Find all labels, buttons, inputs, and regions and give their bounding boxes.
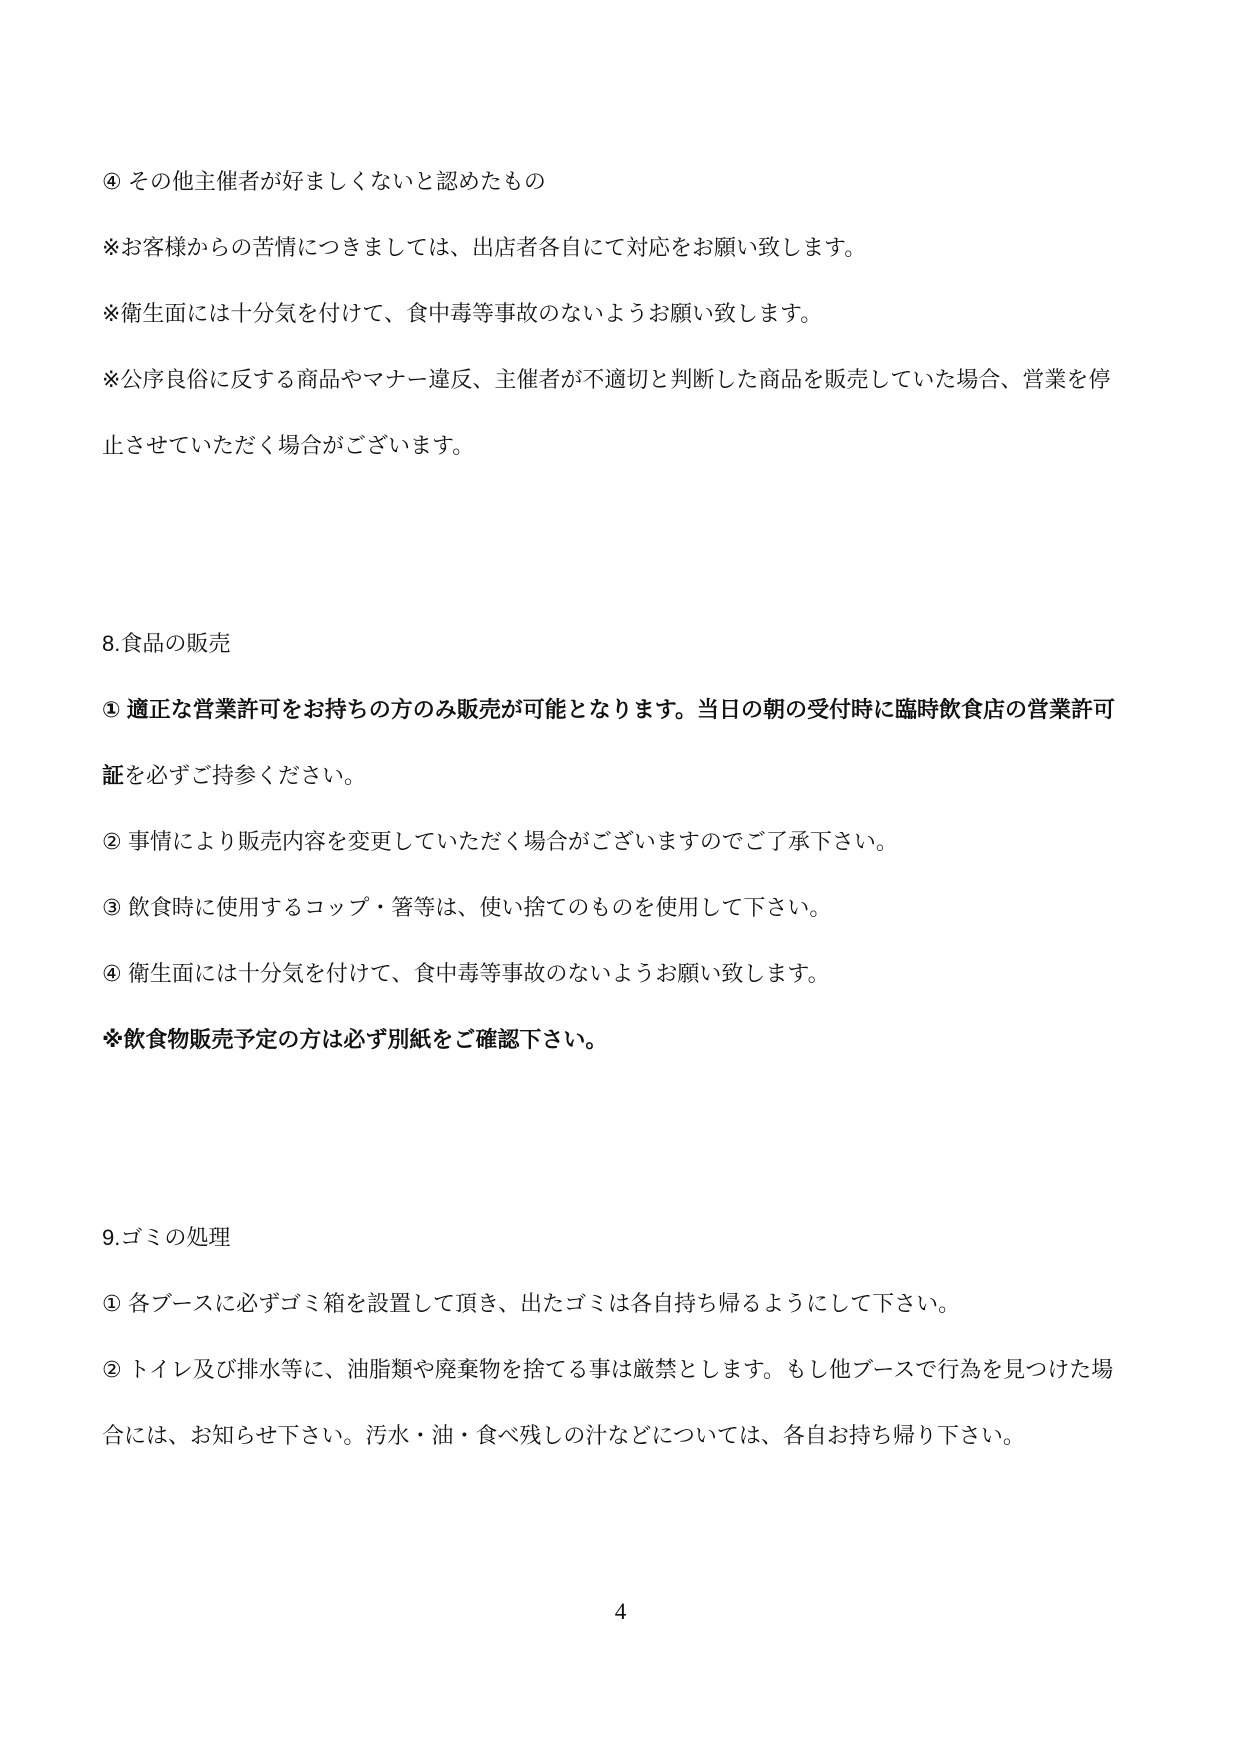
text-segment: ② 事情により販売内容を変更していただく場合がございますのでご了承下さい。 (102, 829, 898, 854)
text-segment: ② トイレ及び排水等に、油脂類や廃棄物を捨てる事は厳禁とします。もし他ブースで行… (102, 1357, 1113, 1382)
section-8-item-2: ② 事情により販売内容を変更していただく場合がございますのでご了承下さい。 (102, 809, 1142, 875)
section-8-item-1-line-1: ① 適正な営業許可をお持ちの方のみ販売が可能となります。当日の朝の受付時に臨時飲… (102, 677, 1142, 743)
note-customer-complaints: ※お客様からの苦情につきましては、出店者各自にて対応をお願い致します。 (102, 215, 1142, 281)
blank-line (102, 1139, 1142, 1205)
text-segment: ③ 飲食時に使用するコップ・箸等は、使い捨てのものを使用して下さい。 (102, 895, 831, 920)
section-9-item-2-line-1: ② トイレ及び排水等に、油脂類や廃棄物を捨てる事は厳禁とします。もし他ブースで行… (102, 1337, 1142, 1403)
blank-line (102, 479, 1142, 545)
text-segment: ① 各ブースに必ずゴミ箱を設置して頂き、出たゴミは各自持ち帰るようにして下さい。 (102, 1291, 960, 1316)
text-segment: を必ずご持参ください。 (124, 763, 366, 788)
text-segment: ※公序良俗に反する商品やマナー違反、主催者が不適切と判断した商品を販売していた場… (102, 367, 1110, 392)
item-4-other-disallowed: ④ その他主催者が好ましくないと認めたもの (102, 149, 1142, 215)
page-number: 4 (0, 1599, 1241, 1625)
text-segment: 9.ゴミの処理 (102, 1225, 230, 1250)
section-8-item-3: ③ 飲食時に使用するコップ・箸等は、使い捨てのものを使用して下さい。 (102, 875, 1142, 941)
section-8-note-attachment: ※飲食物販売予定の方は必ず別紙をご確認下さい。 (102, 1007, 1142, 1073)
text-segment: 止させていただく場合がございます。 (102, 433, 474, 458)
section-9-heading: 9.ゴミの処理 (102, 1205, 1142, 1271)
text-segment: ④ その他主催者が好ましくないと認めたもの (102, 169, 546, 194)
note-public-order-line-2: 止させていただく場合がございます。 (102, 413, 1142, 479)
document-page: ④ その他主催者が好ましくないと認めたもの※お客様からの苦情につきましては、出店… (0, 0, 1241, 1754)
text-segment: 8.食品の販売 (102, 631, 230, 656)
section-8-item-1-line-2: 証を必ずご持参ください。 (102, 743, 1142, 809)
text-segment: ※お客様からの苦情につきましては、出店者各自にて対応をお願い致します。 (102, 235, 866, 260)
text-segment: ④ 衛生面には十分気を付けて、食中毒等事故のないようお願い致します。 (102, 961, 830, 986)
text-segment: ※衛生面には十分気を付けて、食中毒等事故のないようお願い致します。 (102, 301, 822, 326)
note-hygiene: ※衛生面には十分気を付けて、食中毒等事故のないようお願い致します。 (102, 281, 1142, 347)
text-segment: 証 (102, 763, 124, 788)
document-body: ④ その他主催者が好ましくないと認めたもの※お客様からの苦情につきましては、出店… (102, 149, 1142, 1469)
section-8-item-4: ④ 衛生面には十分気を付けて、食中毒等事故のないようお願い致します。 (102, 941, 1142, 1007)
section-8-heading: 8.食品の販売 (102, 611, 1142, 677)
blank-line (102, 1073, 1142, 1139)
section-9-item-1: ① 各ブースに必ずゴミ箱を設置して頂き、出たゴミは各自持ち帰るようにして下さい。 (102, 1271, 1142, 1337)
text-segment: 合には、お知らせ下さい。汚水・油・食べ残しの汁などについては、各自お持ち帰り下さ… (102, 1423, 1025, 1448)
text-segment: ① 適正な営業許可をお持ちの方のみ販売が可能となります。当日の朝の受付時に臨時飲… (102, 697, 1115, 722)
text-segment: ※飲食物販売予定の方は必ず別紙をご確認下さい。 (102, 1027, 607, 1052)
note-public-order-line-1: ※公序良俗に反する商品やマナー違反、主催者が不適切と判断した商品を販売していた場… (102, 347, 1142, 413)
section-9-item-2-line-2: 合には、お知らせ下さい。汚水・油・食べ残しの汁などについては、各自お持ち帰り下さ… (102, 1403, 1142, 1469)
blank-line (102, 545, 1142, 611)
